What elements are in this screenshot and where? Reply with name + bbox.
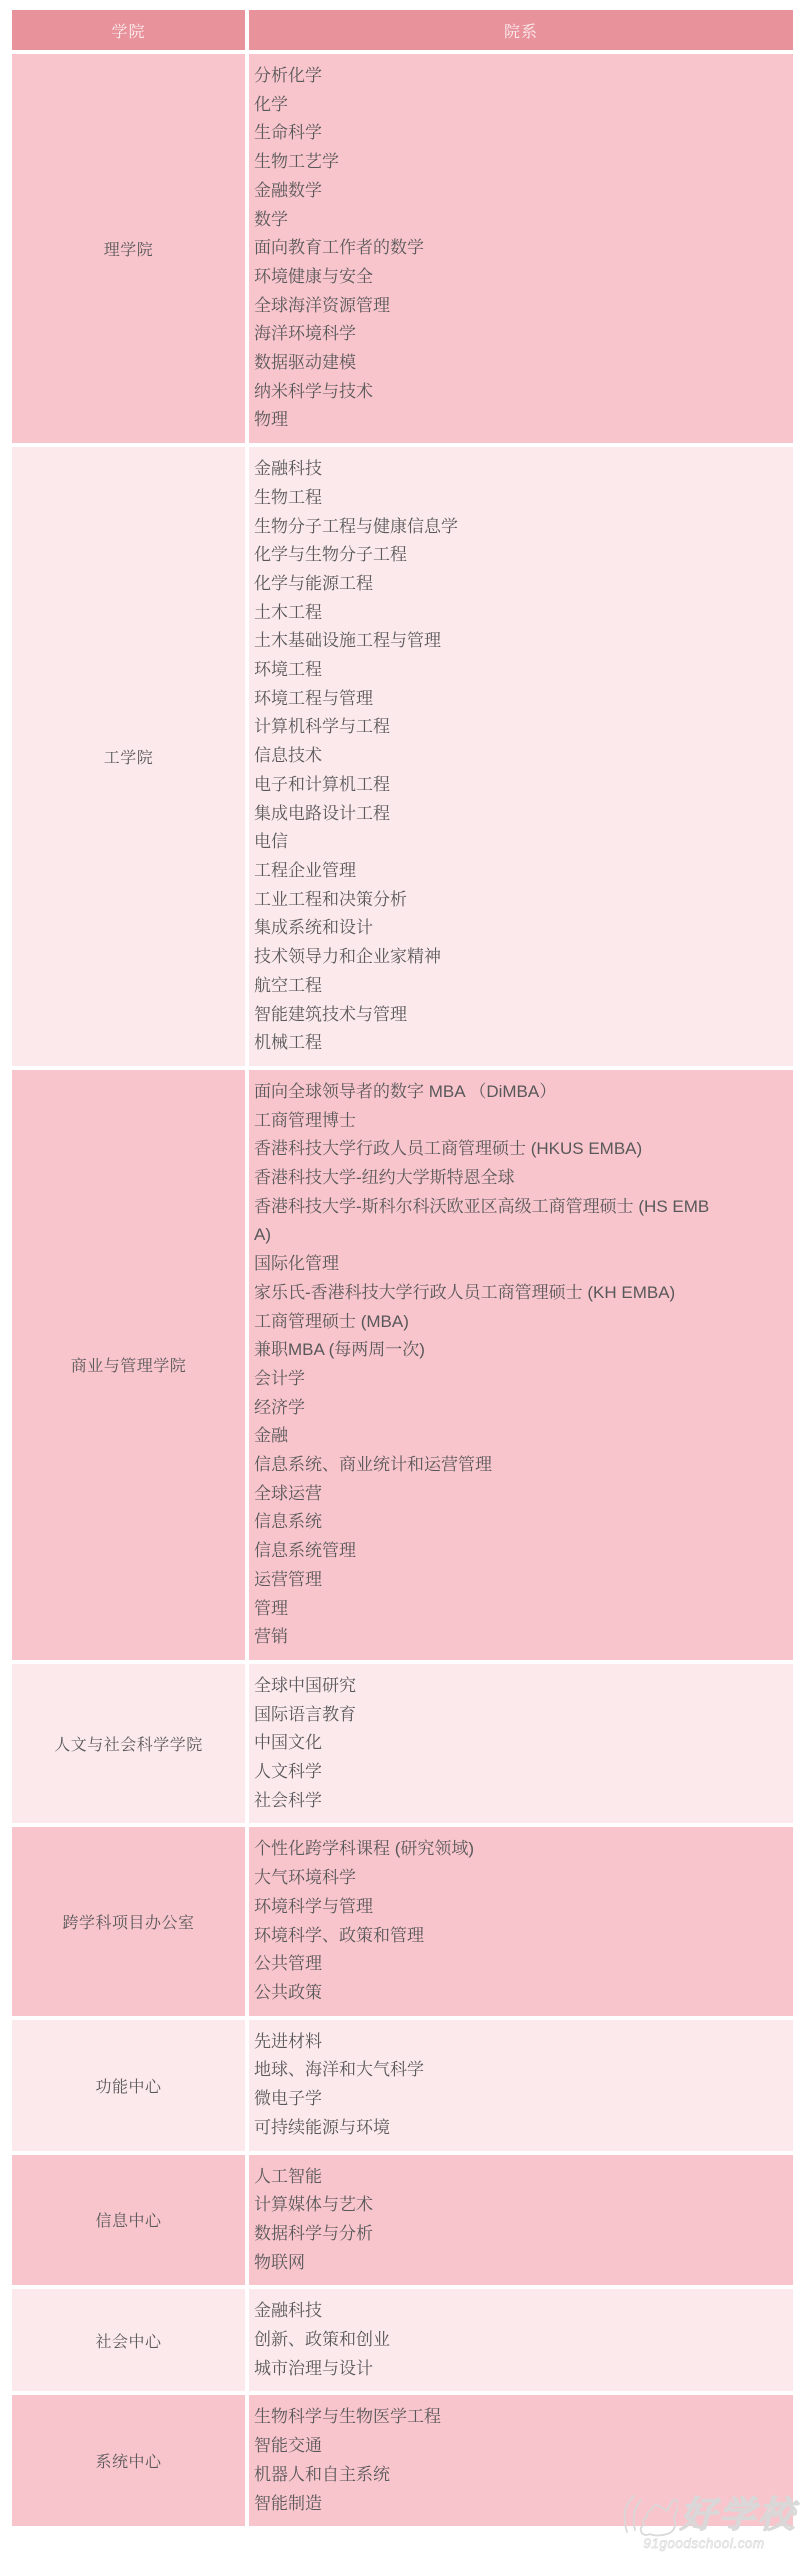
department-item: 环境科学、政策和管理 bbox=[254, 1922, 723, 1951]
department-item: 电子和计算机工程 bbox=[254, 771, 723, 800]
department-item: 生命科学 bbox=[254, 119, 723, 148]
department-item: 会计学 bbox=[254, 1365, 723, 1394]
department-item: 人文科学 bbox=[254, 1758, 723, 1787]
department-item: 环境工程与管理 bbox=[254, 685, 723, 714]
departments-cell: 生物科学与生物医学工程智能交通机器人和自主系统智能制造 bbox=[249, 2395, 793, 2526]
college-cell: 人文与社会科学学院 bbox=[12, 1664, 245, 1824]
department-item: 国际语言教育 bbox=[254, 1701, 723, 1730]
department-item: 物理 bbox=[254, 406, 723, 435]
departments-cell: 个性化跨学科课程 (研究领域)大气环境科学环境科学与管理环境科学、政策和管理公共… bbox=[249, 1827, 793, 2015]
department-item: 纳米科学与技术 bbox=[254, 378, 723, 407]
department-item: 公共管理 bbox=[254, 1950, 723, 1979]
department-item: 电信 bbox=[254, 828, 723, 857]
college-cell: 社会中心 bbox=[12, 2289, 245, 2391]
department-item: 机器人和自主系统 bbox=[254, 2461, 723, 2490]
department-item: 经济学 bbox=[254, 1394, 723, 1423]
department-item: 工商管理硕士 (MBA) bbox=[254, 1308, 723, 1337]
department-item: 物联网 bbox=[254, 2249, 723, 2278]
departments-cell: 全球中国研究国际语言教育中国文化人文科学社会科学 bbox=[249, 1664, 793, 1824]
department-item: 全球中国研究 bbox=[254, 1672, 723, 1701]
department-item: 金融数学 bbox=[254, 177, 723, 206]
departments-cell: 先进材料地球、海洋和大气科学微电子学可持续能源与环境 bbox=[249, 2020, 793, 2151]
department-item: 工商管理博士 bbox=[254, 1107, 723, 1136]
table-row: 商业与管理学院面向全球领导者的数字 MBA （DiMBA）工商管理博士香港科技大… bbox=[12, 1070, 793, 1660]
table-row: 系统中心生物科学与生物医学工程智能交通机器人和自主系统智能制造 bbox=[12, 2395, 793, 2526]
department-item: 个性化跨学科课程 (研究领域) bbox=[254, 1835, 723, 1864]
column-header-college: 学院 bbox=[12, 10, 245, 50]
table-row: 理学院分析化学化学生命科学生物工艺学金融数学数学面向教育工作者的数学环境健康与安… bbox=[12, 54, 793, 443]
department-item: 国际化管理 bbox=[254, 1250, 723, 1279]
department-item: 生物科学与生物医学工程 bbox=[254, 2403, 723, 2432]
college-department-table: 学院 院系 理学院分析化学化学生命科学生物工艺学金融数学数学面向教育工作者的数学… bbox=[12, 10, 793, 2530]
department-item: 集成电路设计工程 bbox=[254, 800, 723, 829]
department-item: 工程企业管理 bbox=[254, 857, 723, 886]
department-item: 生物工艺学 bbox=[254, 148, 723, 177]
department-item: 航空工程 bbox=[254, 972, 723, 1001]
department-item: 运营管理 bbox=[254, 1566, 723, 1595]
departments-cell: 面向全球领导者的数字 MBA （DiMBA）工商管理博士香港科技大学行政人员工商… bbox=[249, 1070, 793, 1660]
department-item: 集成系统和设计 bbox=[254, 914, 723, 943]
department-item: 地球、海洋和大气科学 bbox=[254, 2056, 723, 2085]
departments-cell: 人工智能计算媒体与艺术数据科学与分析物联网 bbox=[249, 2155, 793, 2286]
department-item: 管理 bbox=[254, 1595, 723, 1624]
table-row: 工学院金融科技生物工程生物分子工程与健康信息学化学与生物分子工程化学与能源工程土… bbox=[12, 447, 793, 1066]
department-item: 工业工程和决策分析 bbox=[254, 886, 723, 915]
table-row: 功能中心先进材料地球、海洋和大气科学微电子学可持续能源与环境 bbox=[12, 2020, 793, 2151]
department-item: 信息系统 bbox=[254, 1508, 723, 1537]
column-header-departments: 院系 bbox=[249, 10, 793, 50]
department-item: 家乐氏-香港科技大学行政人员工商管理硕士 (KH EMBA) bbox=[254, 1279, 723, 1308]
department-item: 公共政策 bbox=[254, 1979, 723, 2008]
department-item: 化学 bbox=[254, 91, 723, 120]
department-item: 金融科技 bbox=[254, 455, 723, 484]
department-item: 微电子学 bbox=[254, 2085, 723, 2114]
department-item: 兼职MBA (每两周一次) bbox=[254, 1336, 723, 1365]
department-item: 中国文化 bbox=[254, 1729, 723, 1758]
department-item: 计算媒体与艺术 bbox=[254, 2191, 723, 2220]
college-cell: 信息中心 bbox=[12, 2155, 245, 2286]
department-item: 城市治理与设计 bbox=[254, 2355, 723, 2384]
department-item: 先进材料 bbox=[254, 2028, 723, 2057]
department-item: 信息系统管理 bbox=[254, 1537, 723, 1566]
table-row: 社会中心金融科技创新、政策和创业城市治理与设计 bbox=[12, 2289, 793, 2391]
department-item: 信息系统、商业统计和运营管理 bbox=[254, 1451, 723, 1480]
department-item: 计算机科学与工程 bbox=[254, 713, 723, 742]
college-cell: 跨学科项目办公室 bbox=[12, 1827, 245, 2015]
department-item: 金融 bbox=[254, 1422, 723, 1451]
department-item: 智能制造 bbox=[254, 2490, 723, 2519]
departments-cell: 分析化学化学生命科学生物工艺学金融数学数学面向教育工作者的数学环境健康与安全全球… bbox=[249, 54, 793, 443]
department-item: 面向教育工作者的数学 bbox=[254, 234, 723, 263]
department-item: 面向全球领导者的数字 MBA （DiMBA） bbox=[254, 1078, 723, 1107]
college-cell: 功能中心 bbox=[12, 2020, 245, 2151]
table-row: 跨学科项目办公室个性化跨学科课程 (研究领域)大气环境科学环境科学与管理环境科学… bbox=[12, 1827, 793, 2015]
department-item: 数学 bbox=[254, 206, 723, 235]
department-item: 全球运营 bbox=[254, 1480, 723, 1509]
department-item: 数据驱动建模 bbox=[254, 349, 723, 378]
department-item: 人工智能 bbox=[254, 2163, 723, 2192]
department-item: 信息技术 bbox=[254, 742, 723, 771]
departments-cell: 金融科技创新、政策和创业城市治理与设计 bbox=[249, 2289, 793, 2391]
department-item: 土木工程 bbox=[254, 599, 723, 628]
departments-cell: 金融科技生物工程生物分子工程与健康信息学化学与生物分子工程化学与能源工程土木工程… bbox=[249, 447, 793, 1066]
department-item: 全球海洋资源管理 bbox=[254, 292, 723, 321]
college-cell: 工学院 bbox=[12, 447, 245, 1066]
college-cell: 商业与管理学院 bbox=[12, 1070, 245, 1660]
department-item: 金融科技 bbox=[254, 2297, 723, 2326]
department-item: 化学与能源工程 bbox=[254, 570, 723, 599]
department-item: 数据科学与分析 bbox=[254, 2220, 723, 2249]
department-item: 技术领导力和企业家精神 bbox=[254, 943, 723, 972]
department-item: 环境健康与安全 bbox=[254, 263, 723, 292]
department-item: 环境科学与管理 bbox=[254, 1893, 723, 1922]
department-item: 智能建筑技术与管理 bbox=[254, 1001, 723, 1030]
department-item: 智能交通 bbox=[254, 2432, 723, 2461]
department-item: 土木基础设施工程与管理 bbox=[254, 627, 723, 656]
department-item: 营销 bbox=[254, 1623, 723, 1652]
department-item: 创新、政策和创业 bbox=[254, 2326, 723, 2355]
department-item: 香港科技大学行政人员工商管理硕士 (HKUS EMBA) bbox=[254, 1135, 723, 1164]
department-item: 社会科学 bbox=[254, 1787, 723, 1816]
department-item: 机械工程 bbox=[254, 1029, 723, 1058]
department-item: 可持续能源与环境 bbox=[254, 2114, 723, 2143]
department-item: 化学与生物分子工程 bbox=[254, 541, 723, 570]
table-row: 信息中心人工智能计算媒体与艺术数据科学与分析物联网 bbox=[12, 2155, 793, 2286]
department-item: 生物分子工程与健康信息学 bbox=[254, 513, 723, 542]
department-item: 分析化学 bbox=[254, 62, 723, 91]
watermark-site-text: 91goodschool.com bbox=[611, 2536, 797, 2552]
department-item: 环境工程 bbox=[254, 656, 723, 685]
college-table-body: 理学院分析化学化学生命科学生物工艺学金融数学数学面向教育工作者的数学环境健康与安… bbox=[12, 54, 793, 2526]
table-row: 人文与社会科学学院全球中国研究国际语言教育中国文化人文科学社会科学 bbox=[12, 1664, 793, 1824]
department-item: 大气环境科学 bbox=[254, 1864, 723, 1893]
table-header-row: 学院 院系 bbox=[12, 10, 793, 50]
department-item: 香港科技大学-纽约大学斯特恩全球 bbox=[254, 1164, 723, 1193]
college-cell: 系统中心 bbox=[12, 2395, 245, 2526]
department-item: 海洋环境科学 bbox=[254, 320, 723, 349]
department-item: 香港科技大学-斯科尔科沃欧亚区高级工商管理硕士 (HS EMBA) bbox=[254, 1193, 723, 1250]
department-item: 生物工程 bbox=[254, 484, 723, 513]
college-cell: 理学院 bbox=[12, 54, 245, 443]
